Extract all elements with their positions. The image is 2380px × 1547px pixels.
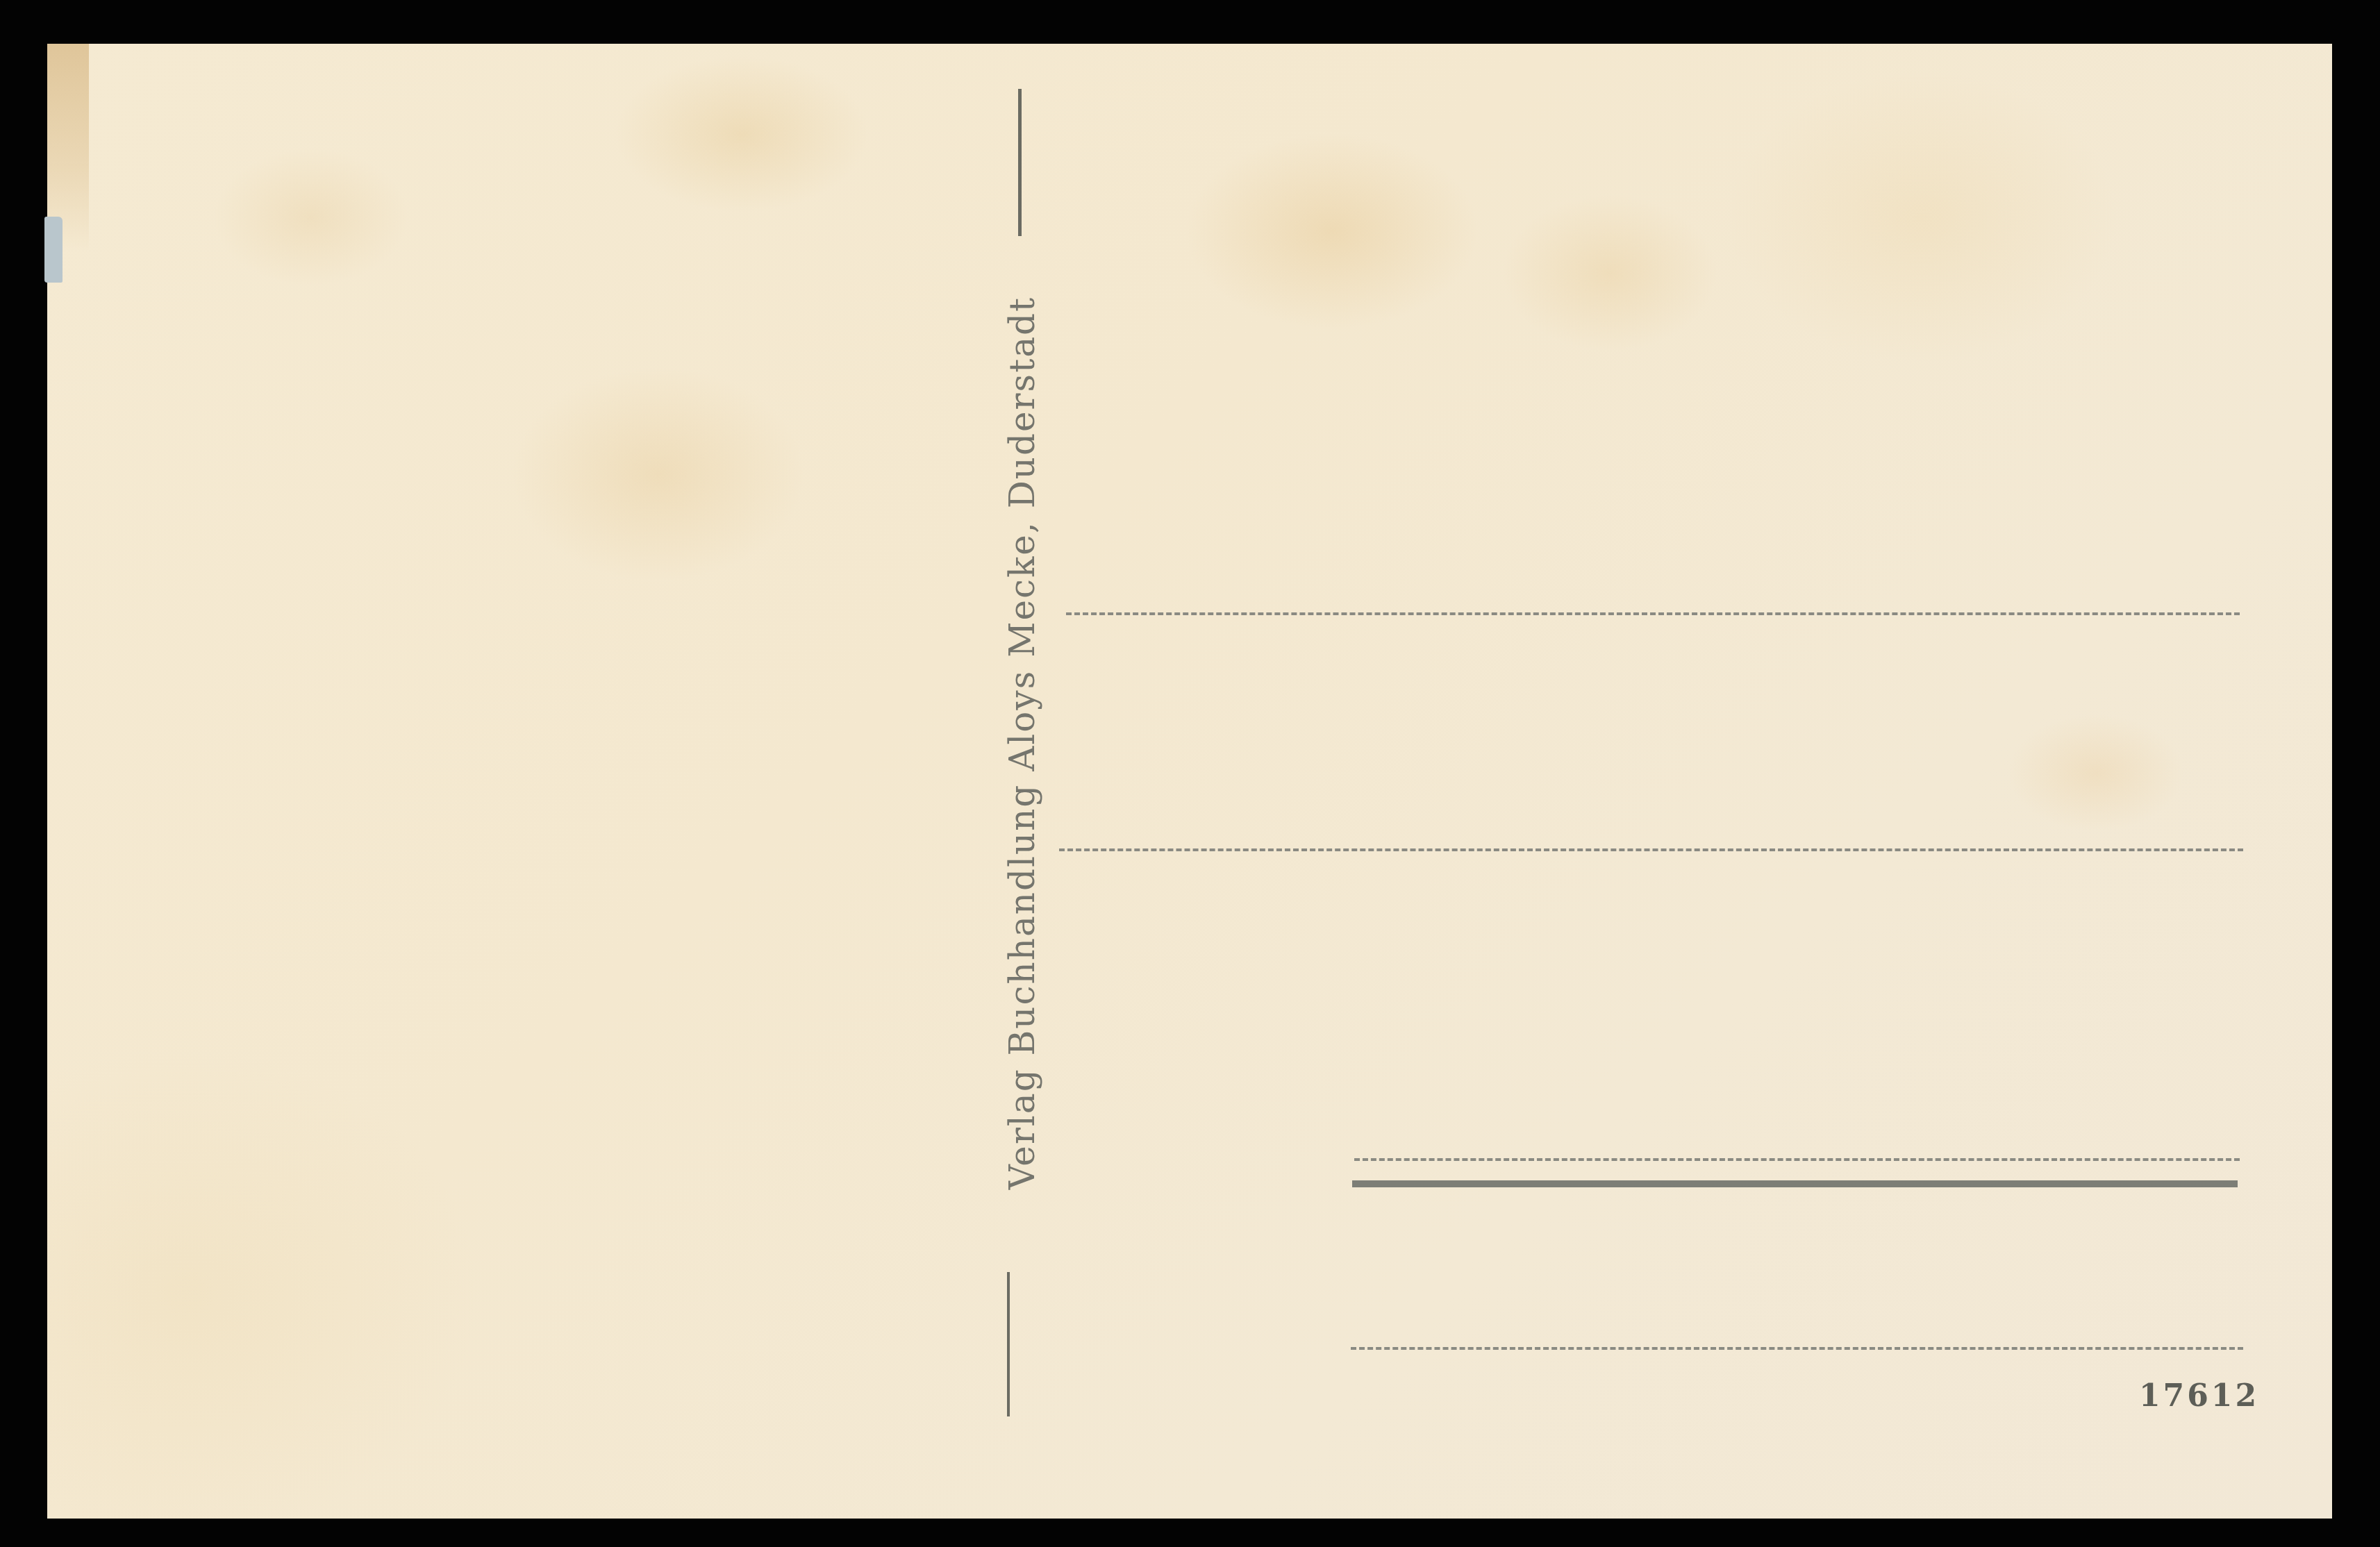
paper-remnant xyxy=(44,217,63,283)
publisher-imprint: Verlag Buchhandlung Aloys Mecke, Duderst… xyxy=(1002,296,1042,1189)
postcard-back xyxy=(47,44,2332,1519)
serial-number: 17612 xyxy=(2139,1378,2259,1414)
address-line-4 xyxy=(1351,1347,2243,1350)
divider-top xyxy=(1018,89,1022,236)
address-line-2 xyxy=(1059,848,2243,851)
address-underline xyxy=(1352,1180,2238,1187)
divider-bottom xyxy=(1007,1272,1010,1416)
address-line-1 xyxy=(1066,612,2240,615)
address-line-3 xyxy=(1354,1158,2240,1161)
